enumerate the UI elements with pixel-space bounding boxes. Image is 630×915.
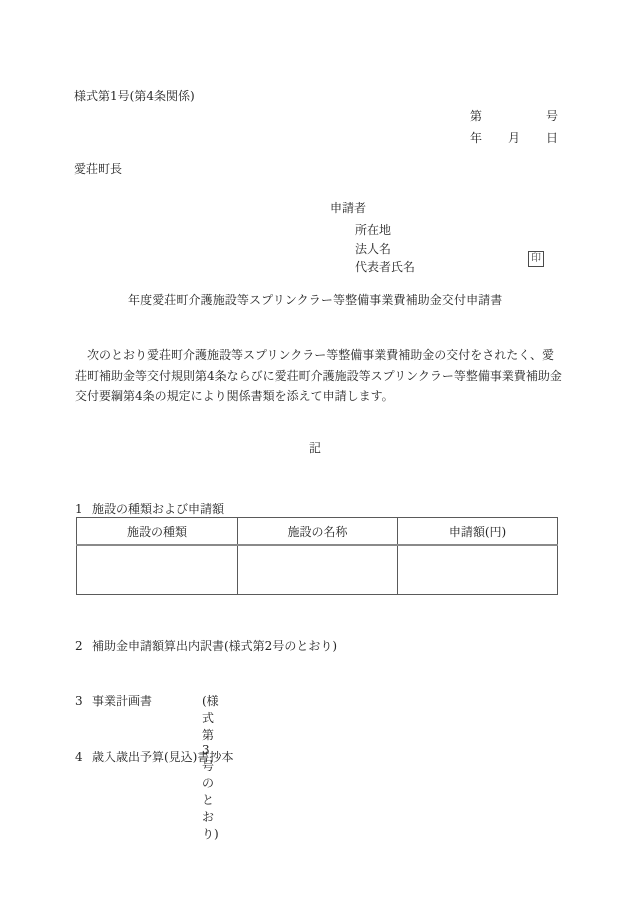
table-header-facility-name: 施設の名称 <box>238 518 398 546</box>
form-number: 様式第1号(第4条関係) <box>74 87 195 104</box>
body-line: 荘町補助金等交付規則第4条ならびに愛荘町介護施設等スプリンクラー等整備事業費補助… <box>75 366 562 387</box>
issue-number-prefix: 第 <box>470 107 482 124</box>
addressee: 愛荘町長 <box>74 160 122 177</box>
application-table: 施設の種類 施設の名称 申請額(円) <box>76 517 558 595</box>
issue-number-line: 第 号 <box>470 107 558 124</box>
document-title: 年度愛荘町介護施設等スプリンクラー等整備事業費補助金交付申請書 <box>128 291 502 308</box>
date-month-label: 月 <box>508 129 520 146</box>
body-line: 交付要綱第4条の規定により関係書類を添えて申請します。 <box>75 386 562 407</box>
body-line: 次のとおり愛荘町介護施設等スプリンクラー等整備事業費補助金の交付をされたく、愛 <box>75 345 562 366</box>
applicant-address-label: 所在地 <box>355 221 391 238</box>
item-number: 3 <box>75 694 92 708</box>
applicant-label: 申請者 <box>330 199 366 216</box>
record-marker: 記 <box>0 439 630 456</box>
list-item-2: 2補助金申請額算出内訳書(様式第2号のとおり) <box>75 637 337 654</box>
issue-number-suffix: 号 <box>546 107 558 124</box>
list-item-1: 1施設の種類および申請額 <box>75 500 224 517</box>
applicant-corporation-label: 法人名 <box>355 240 391 257</box>
date-year-label: 年 <box>470 129 482 146</box>
facility-name-cell <box>238 545 398 595</box>
table-header-application-amount: 申請額(円) <box>398 518 558 546</box>
table-row <box>77 545 558 595</box>
date-line: 年 月 日 <box>470 129 558 146</box>
item-label: 施設の種類および申請額 <box>92 502 224 516</box>
table-header-row: 施設の種類 施設の名称 申請額(円) <box>77 518 558 546</box>
item-note: (様式第3号のとおり) <box>202 692 219 842</box>
item-number: 2 <box>75 639 92 653</box>
applicant-representative-label: 代表者氏名 <box>355 258 415 275</box>
item-label: 補助金申請額算出内訳書(様式第2号のとおり) <box>92 639 337 653</box>
list-item-3: 3事業計画書(様式第3号のとおり) <box>75 692 152 709</box>
body-paragraph: 次のとおり愛荘町介護施設等スプリンクラー等整備事業費補助金の交付をされたく、愛 … <box>75 345 562 407</box>
application-amount-cell <box>398 545 558 595</box>
application-form-page: 様式第1号(第4条関係) 第 号 年 月 日 愛荘町長 申請者 所在地 法人名 … <box>0 0 630 915</box>
item-label: 事業計画書 <box>92 694 152 708</box>
facility-type-cell <box>77 545 238 595</box>
item-label: 歳入歳出予算(見込)書抄本 <box>92 750 233 764</box>
item-number: 1 <box>75 502 92 516</box>
seal-mark: 印 <box>528 251 544 267</box>
item-number: 4 <box>75 750 92 764</box>
table-header-facility-type: 施設の種類 <box>77 518 238 546</box>
date-day-label: 日 <box>546 129 558 146</box>
list-item-4: 4歳入歳出予算(見込)書抄本 <box>75 748 233 765</box>
